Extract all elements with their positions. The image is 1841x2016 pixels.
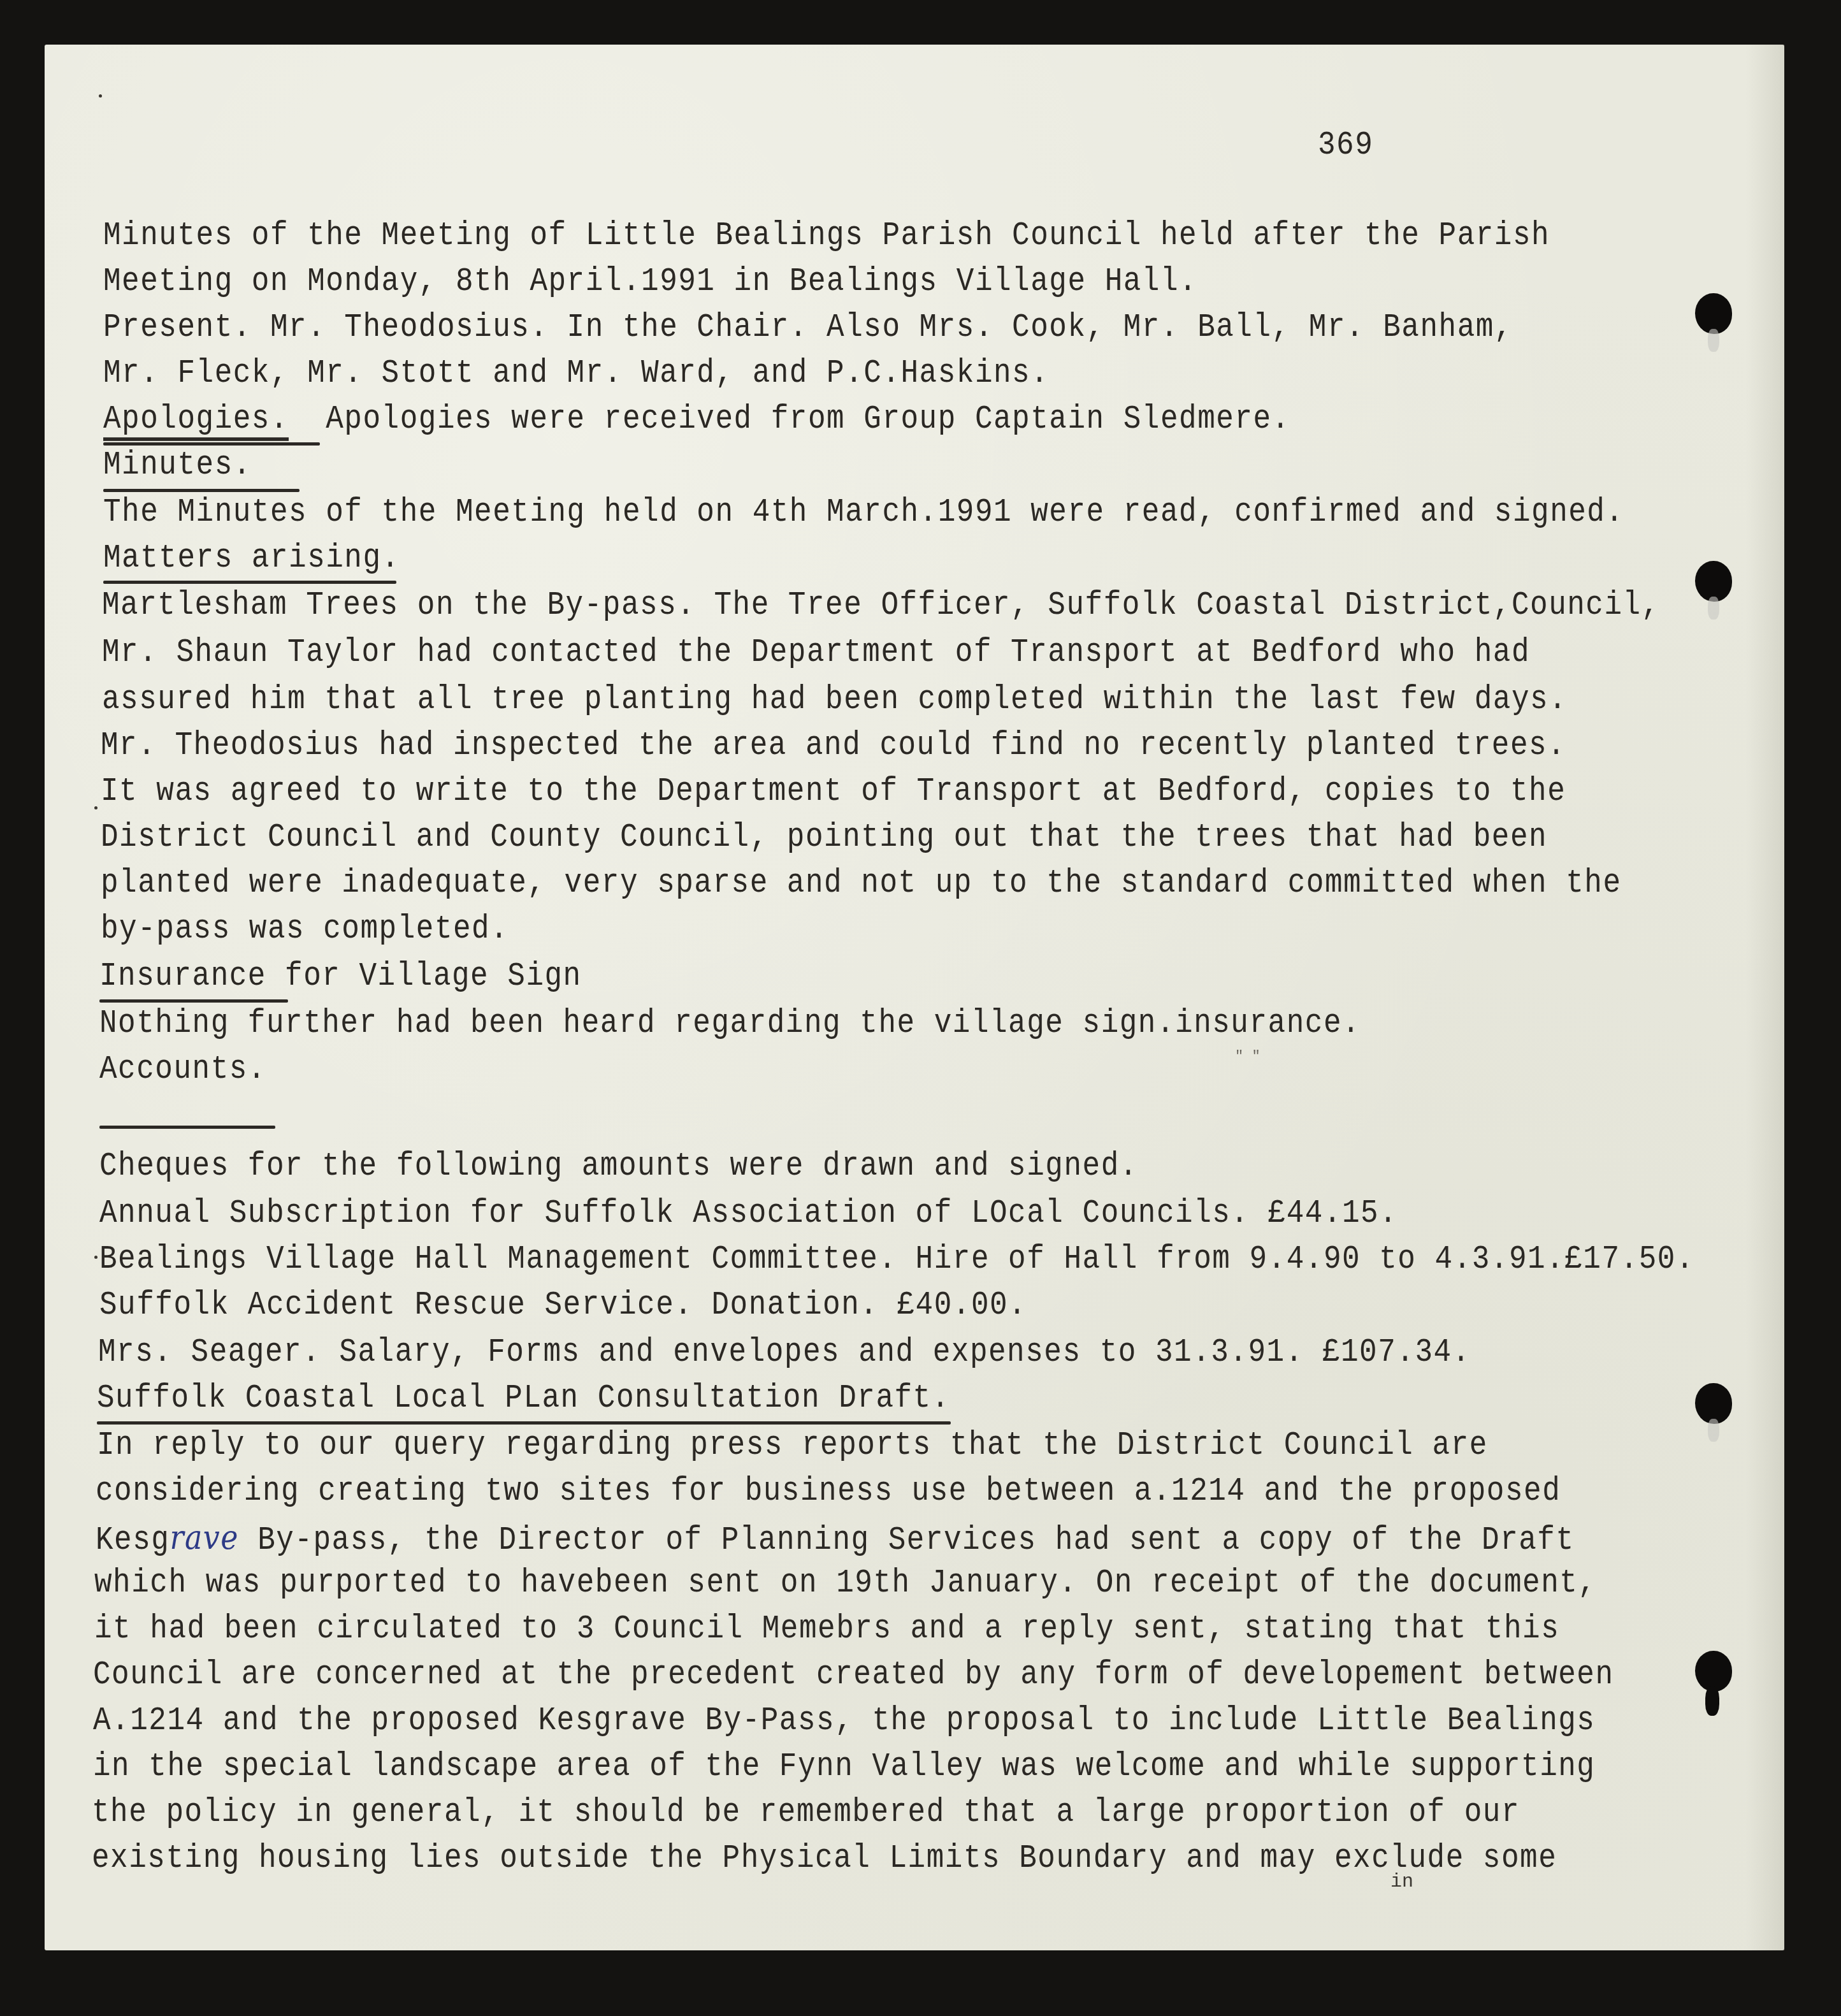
matters-arising-line: Martlesham Trees on the By-pass. The Tre… [102, 586, 1660, 623]
punch-hole [1695, 1651, 1732, 1692]
document-page: 369 Minutes of the Meeting of Little Bea… [45, 45, 1784, 1950]
minutes-text: The Minutes of the Meeting held on 4th M… [103, 493, 1624, 530]
matters-arising-line: District Council and County Council, poi… [101, 818, 1547, 855]
local-plan-heading-line: Suffolk Coastal Local PLan Consultation … [97, 1379, 950, 1416]
local-plan-line: Council are concerned at the precedent c… [93, 1656, 1614, 1693]
local-plan-line: A.1214 and the proposed Kesgrave By-Pass… [93, 1702, 1595, 1739]
meeting-title-line-2: Meeting on Monday, 8th April.1991 in Bea… [103, 263, 1197, 300]
matters-arising-line: planted were inadequate, very sparse and… [101, 864, 1622, 901]
local-plan-line: which was purported to havebeen sent on … [94, 1564, 1596, 1601]
local-plan-line: Kesgrave By-pass, the Director of Planni… [96, 1518, 1575, 1559]
cheque-item: Bealings Village Hall Management Committ… [99, 1240, 1694, 1277]
apologies-line: Apologies. Apologies were received from … [103, 400, 1290, 437]
stray-mark [94, 806, 97, 809]
local-plan-line: the policy in general, it should be reme… [92, 1794, 1520, 1831]
page-number: 369 [1318, 126, 1373, 163]
accounts-heading: Accounts. [99, 1050, 266, 1087]
handwritten-correction: rave [170, 1518, 239, 1556]
matters-arising-line: It was agreed to write to the Department… [101, 772, 1566, 809]
cheque-payee: Bealings Village Hall Management Committ… [99, 1240, 1564, 1277]
cheque-amount: £107.34. [1322, 1333, 1471, 1370]
stray-mark [94, 1256, 97, 1259]
meeting-title-line-1: Minutes of the Meeting of Little Bealing… [103, 217, 1550, 254]
local-plan-line: in the special landscape area of the Fyn… [93, 1748, 1595, 1785]
matters-arising-heading-line: Matters arising. [103, 539, 400, 576]
ditto-marks: " " [1235, 1048, 1260, 1064]
local-plan-underline [97, 1421, 951, 1425]
present-line-2: Mr. Fleck, Mr. Stott and Mr. Ward, and P… [103, 354, 1049, 391]
punch-hole [1695, 293, 1732, 334]
present-line-1: Present. Mr. Theodosius. In the Chair. A… [103, 308, 1513, 345]
insurance-heading: Insurance for Village Sign [99, 957, 582, 994]
cheque-item: Mrs. Seager. Salary, Forms and envelopes… [98, 1333, 1471, 1370]
cheque-payee: Mrs. Seager. Salary, Forms and envelopes… [98, 1333, 1304, 1370]
local-plan-line: considering creating two sites for busin… [96, 1472, 1561, 1509]
apologies-text: Apologies were received from Group Capta… [289, 400, 1290, 437]
punch-hole [1695, 1383, 1732, 1424]
cheque-amount: £44.15. [1268, 1194, 1398, 1231]
punch-hole [1695, 561, 1732, 602]
matters-arising-heading: Matters arising [103, 539, 382, 576]
local-plan-text: Kesg [96, 1522, 170, 1559]
cheque-amount: £40.00. [897, 1286, 1027, 1323]
accounts-intro: Cheques for the following amounts were d… [99, 1147, 1138, 1184]
insurance-text: Nothing further had been heard regarding… [99, 1004, 1361, 1041]
accounts-underline [99, 1126, 275, 1129]
local-plan-line: existing housing lies outside the Physic… [92, 1839, 1557, 1876]
punch-hole-tear [1705, 1686, 1719, 1716]
minutes-underline [103, 489, 300, 492]
punch-hole-tear [1708, 329, 1719, 352]
matters-arising-line: by-pass was completed. [101, 910, 509, 947]
cheque-payee: Suffolk Accident Rescue Service. Donatio… [99, 1286, 878, 1323]
punch-hole-tear [1708, 597, 1719, 620]
apologies-heading: Apologies. [103, 400, 289, 437]
local-plan-line: it had been circulated to 3 Council Meme… [94, 1610, 1559, 1647]
matters-arising-line: assured him that all tree planting had b… [102, 681, 1567, 718]
apologies-underline [103, 442, 320, 446]
cheque-item: Suffolk Accident Rescue Service. Donatio… [99, 1286, 1027, 1323]
local-plan-heading: Suffolk Coastal Local PLan Consultation … [97, 1379, 932, 1416]
cheque-item: Annual Subscription for Suffolk Associat… [99, 1194, 1397, 1231]
minutes-heading: Minutes. [103, 446, 252, 483]
stray-mark [99, 94, 102, 98]
local-plan-text: By-pass, the Director of Planning Servic… [239, 1522, 1575, 1559]
cheque-amount: £17.50. [1564, 1240, 1694, 1277]
matters-arising-line: Mr. Shaun Taylor had contacted the Depar… [102, 634, 1530, 671]
local-plan-line: In reply to our query regarding press re… [97, 1426, 1488, 1463]
matters-arising-line: Mr. Theodosius had inspected the area an… [101, 727, 1566, 764]
punch-hole-tear [1708, 1419, 1719, 1442]
cheque-payee: Annual Subscription for Suffolk Associat… [99, 1194, 1249, 1231]
matters-arising-heading-trail: . [382, 539, 400, 576]
overtype-correction: in [1390, 1871, 1413, 1893]
page-edge-shadow [1746, 45, 1784, 1950]
insurance-underline [99, 999, 288, 1003]
matters-arising-underline [103, 581, 396, 584]
local-plan-heading-trail: . [932, 1379, 950, 1416]
